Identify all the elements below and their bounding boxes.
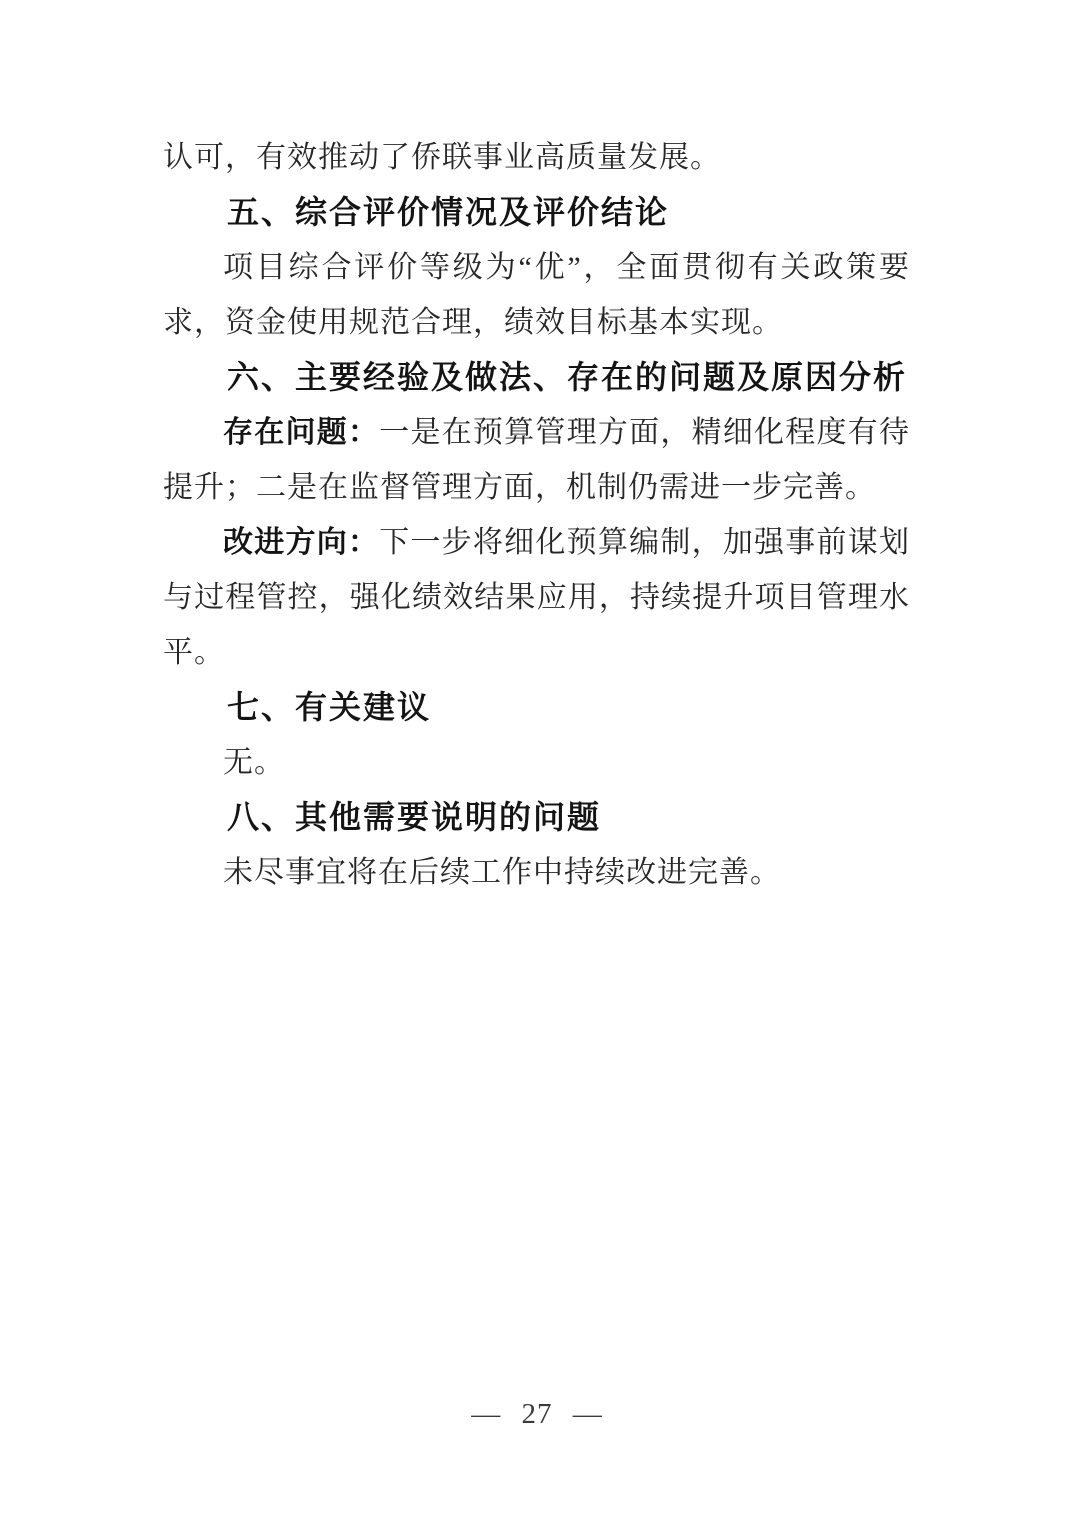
page-footer: — 27 —: [0, 1398, 1074, 1431]
paragraph-suggestions: 无。: [163, 735, 910, 790]
paragraph-continuation: 认可，有效推动了侨联事业高质量发展。: [163, 130, 910, 185]
paragraph-lead-improvement: 改进方向：: [223, 526, 379, 559]
section-heading-5: 五、综合评价情况及评价结论: [163, 185, 910, 240]
paragraph-improvement-direction: 改进方向：下一步将细化预算编制，加强事前谋划与过程管控，强化绩效结果应用，持续提…: [163, 515, 910, 680]
paragraph-evaluation-conclusion: 项目综合评价等级为“优”，全面贯彻有关政策要求，资金使用规范合理，绩效目标基本实…: [163, 240, 910, 350]
section-heading-7: 七、有关建议: [163, 680, 910, 735]
section-heading-8: 八、其他需要说明的问题: [163, 790, 910, 845]
page-number: — 27 —: [471, 1398, 603, 1430]
paragraph-other-notes: 未尽事宜将在后续工作中持续改进完善。: [163, 845, 910, 900]
document-body: 认可，有效推动了侨联事业高质量发展。 五、综合评价情况及评价结论 项目综合评价等…: [163, 130, 910, 900]
section-heading-6: 六、主要经验及做法、存在的问题及原因分析: [163, 350, 910, 405]
paragraph-lead-problems: 存在问题：: [223, 416, 379, 449]
paragraph-existing-problems: 存在问题：一是在预算管理方面，精细化程度有待提升；二是在监督管理方面，机制仍需进…: [163, 405, 910, 515]
document-page: 认可，有效推动了侨联事业高质量发展。 五、综合评价情况及评价结论 项目综合评价等…: [0, 0, 1074, 1520]
